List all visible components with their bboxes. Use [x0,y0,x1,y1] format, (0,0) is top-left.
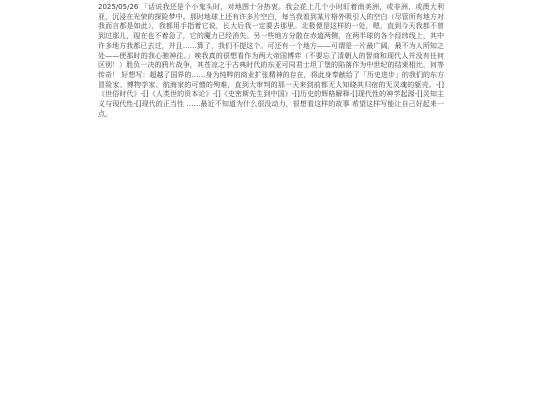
reading-list-item: -[]现代性的神学起源 [350,90,415,98]
reading-list-item: -[]《史密斯先生到中国》 [213,90,292,98]
reading-list-item: -[]《人类世的资本论》 [141,90,213,98]
reading-list-item: -[]现代的正当性 [133,100,184,108]
reading-list-item: -[]历史的辉格解释 [292,90,350,98]
journal-page: 2025/05/26 「话说我还是个小鬼头时，对地图十分热衷。我会花上几个小时盯… [0,0,540,405]
entry-date: 2025/05/26 [98,3,138,11]
journal-entry: 2025/05/26 「话说我还是个小鬼头时，对地图十分热衷。我会花上几个小时盯… [98,3,444,119]
